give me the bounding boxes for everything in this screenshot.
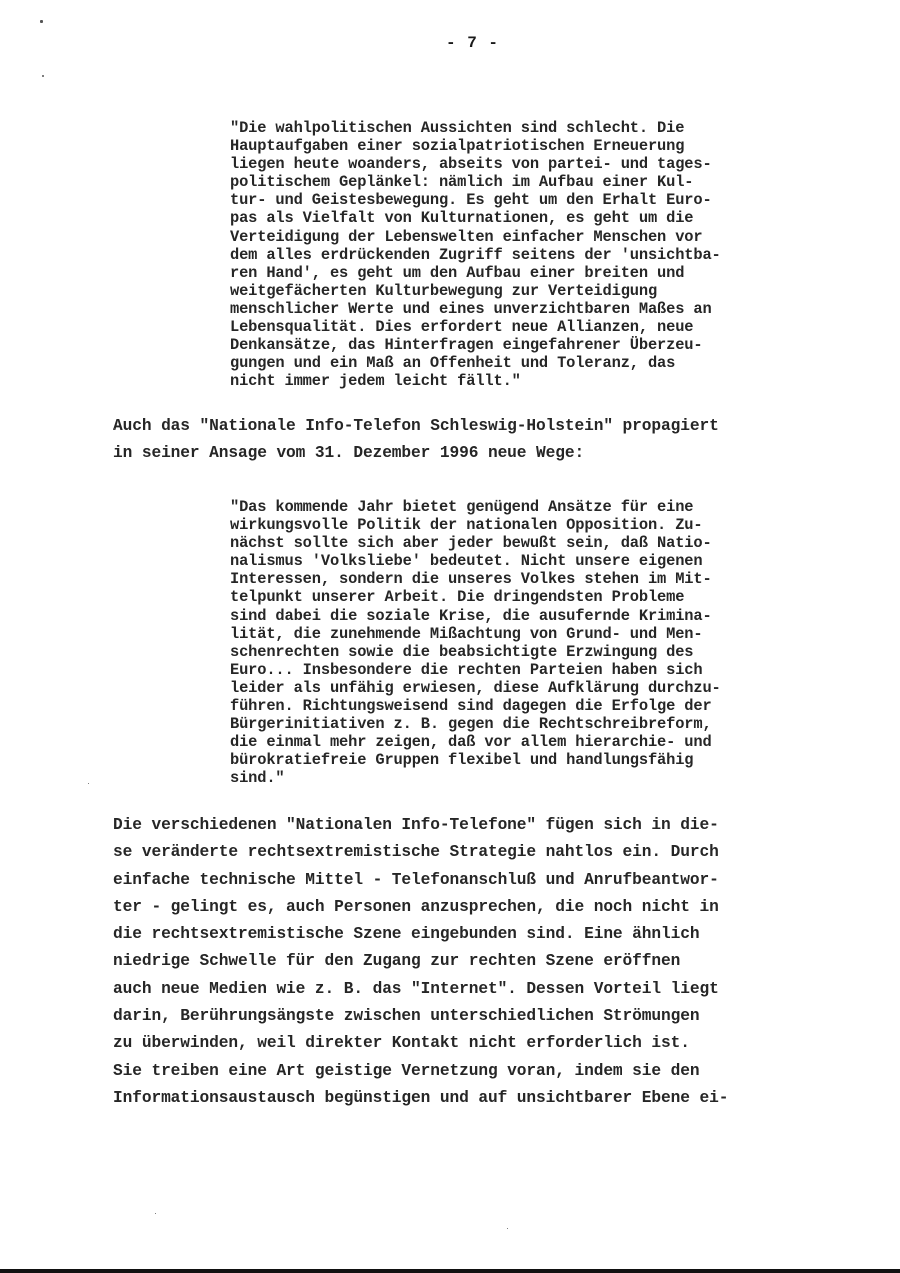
- quote-line: Denkansätze, das Hinterfragen eingefahre…: [230, 336, 840, 354]
- scan-bottom-edge: [0, 1269, 900, 1273]
- paragraph-line: auch neue Medien wie z. B. das "Internet…: [113, 976, 833, 1003]
- scan-speck: [113, 428, 115, 430]
- quote-line: liegen heute woanders, abseits von parte…: [230, 155, 840, 173]
- quote-line: tur- und Geistesbewegung. Es geht um den…: [230, 191, 840, 209]
- quote-line: "Das kommende Jahr bietet genügend Ansät…: [230, 498, 840, 516]
- quote-line: Euro... Insbesondere die rechten Parteie…: [230, 661, 840, 679]
- scan-speck: [88, 783, 89, 784]
- quote-line: lität, die zunehmende Mißachtung von Gru…: [230, 625, 840, 643]
- quote-line: Verteidigung der Lebenswelten einfacher …: [230, 228, 840, 246]
- quote-line: leider als unfähig erwiesen, diese Aufkl…: [230, 679, 840, 697]
- quote-line: pas als Vielfalt von Kulturnationen, es …: [230, 209, 840, 227]
- quote-line: weitgefächerten Kulturbewegung zur Verte…: [230, 282, 840, 300]
- quote-line: Bürgerinitiativen z. B. gegen die Rechts…: [230, 715, 840, 733]
- paragraph-line: Auch das "Nationale Info-Telefon Schlesw…: [113, 413, 833, 440]
- quote-line: Lebensqualität. Dies erfordert neue Alli…: [230, 318, 840, 336]
- paragraph-line: einfache technische Mittel - Telefonansc…: [113, 867, 833, 894]
- paragraph-line: die rechtsextremistische Szene eingebund…: [113, 921, 833, 948]
- paragraph-line: Die verschiedenen "Nationalen Info-Telef…: [113, 812, 833, 839]
- paragraph-line: ter - gelingt es, auch Personen anzuspre…: [113, 894, 833, 921]
- scan-speck: [507, 1228, 508, 1229]
- page-number: - 7 -: [446, 34, 499, 52]
- block-quote-info-telefon-ansage: "Das kommende Jahr bietet genügend Ansät…: [230, 498, 840, 788]
- quote-line: die einmal mehr zeigen, daß vor allem hi…: [230, 733, 840, 751]
- scan-speck: [40, 20, 43, 23]
- quote-line: politischem Geplänkel: nämlich im Aufbau…: [230, 173, 840, 191]
- scan-speck: [42, 75, 44, 77]
- paragraph-line: se veränderte rechtsextremistische Strat…: [113, 839, 833, 866]
- quote-line: nicht immer jedem leicht fällt.": [230, 372, 840, 390]
- quote-line: schenrechten sowie die beabsichtigte Erz…: [230, 643, 840, 661]
- paragraph-line: Sie treiben eine Art geistige Vernetzung…: [113, 1058, 833, 1085]
- paragraph-info-telefone-strategie: Die verschiedenen "Nationalen Info-Telef…: [113, 812, 833, 1112]
- quote-line: menschlicher Werte und eines unverzichtb…: [230, 300, 840, 318]
- paragraph-line: niedrige Schwelle für den Zugang zur rec…: [113, 948, 833, 975]
- quote-line: sind dabei die soziale Krise, die ausufe…: [230, 607, 840, 625]
- quote-line: sind.": [230, 769, 840, 787]
- quote-line: "Die wahlpolitischen Aussichten sind sch…: [230, 119, 840, 137]
- quote-line: bürokratiefreie Gruppen flexibel und han…: [230, 751, 840, 769]
- quote-line: gungen und ein Maß an Offenheit und Tole…: [230, 354, 840, 372]
- quote-line: telpunkt unserer Arbeit. Die dringendste…: [230, 588, 840, 606]
- paragraph-line: zu überwinden, weil direkter Kontakt nic…: [113, 1030, 833, 1057]
- paragraph-line: Informationsaustausch begünstigen und au…: [113, 1085, 833, 1112]
- quote-line: Interessen, sondern die unseres Volkes s…: [230, 570, 840, 588]
- quote-line: dem alles erdrückenden Zugriff seitens d…: [230, 246, 840, 264]
- block-quote-wahlpolitik: "Die wahlpolitischen Aussichten sind sch…: [230, 119, 840, 390]
- quote-line: führen. Richtungsweisend sind dagegen di…: [230, 697, 840, 715]
- quote-line: ren Hand', es geht um den Aufbau einer b…: [230, 264, 840, 282]
- quote-line: nalismus 'Volksliebe' bedeutet. Nicht un…: [230, 552, 840, 570]
- paragraph-info-telefon-intro: Auch das "Nationale Info-Telefon Schlesw…: [113, 413, 833, 468]
- scan-speck: [155, 1213, 156, 1214]
- quote-line: Hauptaufgaben einer sozialpatriotischen …: [230, 137, 840, 155]
- paragraph-line: in seiner Ansage vom 31. Dezember 1996 n…: [113, 440, 833, 467]
- paragraph-line: darin, Berührungsängste zwischen untersc…: [113, 1003, 833, 1030]
- quote-line: nächst sollte sich aber jeder bewußt sei…: [230, 534, 840, 552]
- quote-line: wirkungsvolle Politik der nationalen Opp…: [230, 516, 840, 534]
